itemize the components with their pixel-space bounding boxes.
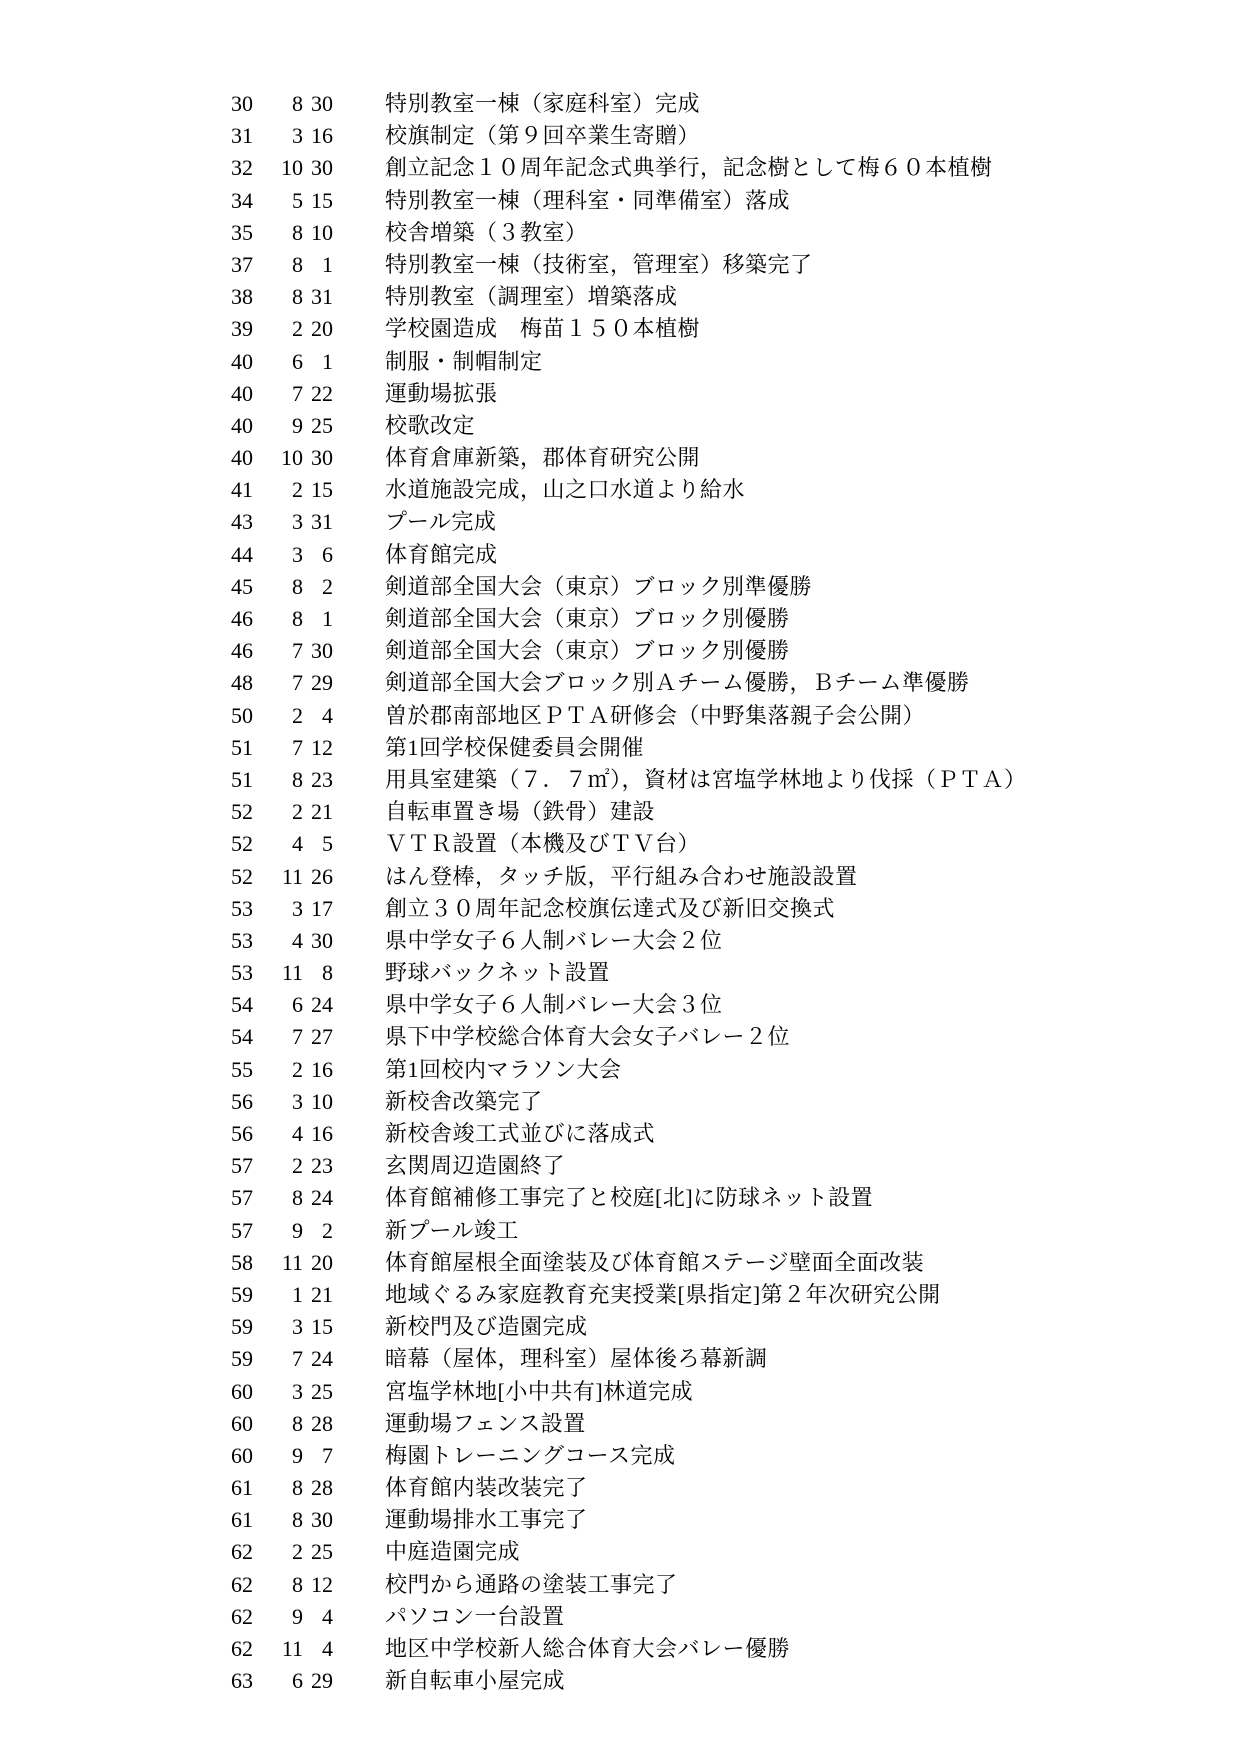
table-row: 52 2 21 自転車置き場（鉄骨）建設 <box>0 796 1240 828</box>
event-cell: 暗幕（屋体，理科室）屋体後ろ幕新調 <box>385 1343 768 1375</box>
year-cell: 40 <box>0 410 253 442</box>
event-cell: プール完成 <box>385 506 496 538</box>
table-row: 39 2 20 学校園造成 梅苗１５０本植樹 <box>0 313 1240 345</box>
event-cell: 特別教室一棟（理科室・同準備室）落成 <box>385 185 790 217</box>
event-cell: 体育倉庫新築，郡体育研究公開 <box>385 442 700 474</box>
event-cell: 創立３０周年記念校旗伝達式及び新旧交換式 <box>385 893 835 925</box>
day-cell: 30 <box>303 635 333 667</box>
month-cell: 3 <box>253 539 303 571</box>
table-row: 45 8 2 剣道部全国大会（東京）ブロック別準優勝 <box>0 571 1240 603</box>
day-cell: 2 <box>303 571 333 603</box>
month-cell: 2 <box>253 474 303 506</box>
year-cell: 32 <box>0 152 253 184</box>
day-cell: 29 <box>303 667 333 699</box>
month-cell: 11 <box>253 861 303 893</box>
month-cell: 3 <box>253 1376 303 1408</box>
table-row: 51 8 23 用具室建築（７．７㎡），資材は宮塩学林地より伐採（ＰＴＡ） <box>0 764 1240 796</box>
month-cell: 8 <box>253 1472 303 1504</box>
day-cell: 12 <box>303 1569 333 1601</box>
year-cell: 57 <box>0 1182 253 1214</box>
event-cell: 自転車置き場（鉄骨）建設 <box>385 796 655 828</box>
day-cell: 17 <box>303 893 333 925</box>
month-cell: 2 <box>253 1536 303 1568</box>
month-cell: 8 <box>253 281 303 313</box>
table-row: 59 1 21 地域ぐるみ家庭教育充実授業[県指定]第２年次研究公開 <box>0 1279 1240 1311</box>
day-cell: 10 <box>303 217 333 249</box>
table-row: 54 6 24 県中学女子６人制バレー大会３位 <box>0 989 1240 1021</box>
day-cell: 25 <box>303 1536 333 1568</box>
event-cell: 中庭造園完成 <box>385 1536 520 1568</box>
event-cell: 運動場排水工事完了 <box>385 1504 588 1536</box>
month-cell: 8 <box>253 1408 303 1440</box>
year-cell: 48 <box>0 667 253 699</box>
day-cell: 28 <box>303 1408 333 1440</box>
day-cell: 21 <box>303 1279 333 1311</box>
day-cell: 16 <box>303 1054 333 1086</box>
event-cell: 新校舎改築完了 <box>385 1086 543 1118</box>
table-row: 59 7 24 暗幕（屋体，理科室）屋体後ろ幕新調 <box>0 1343 1240 1375</box>
day-cell: 12 <box>303 732 333 764</box>
day-cell: 21 <box>303 796 333 828</box>
document-page: 30 8 30 特別教室一棟（家庭科室）完成 31 3 16 校旗制定（第９回卒… <box>0 0 1240 1754</box>
table-row: 52 4 5 ＶＴＲ設置（本機及びＴＶ台） <box>0 828 1240 860</box>
table-row: 62 8 12 校門から通路の塗装工事完了 <box>0 1569 1240 1601</box>
day-cell: 25 <box>303 410 333 442</box>
table-row: 51 7 12 第1回学校保健委員会開催 <box>0 732 1240 764</box>
month-cell: 10 <box>253 152 303 184</box>
table-row: 53 11 8 野球バックネット設置 <box>0 957 1240 989</box>
year-cell: 61 <box>0 1504 253 1536</box>
event-cell: 第1回校内マラソン大会 <box>385 1054 622 1086</box>
year-cell: 43 <box>0 506 253 538</box>
day-cell: 31 <box>303 506 333 538</box>
year-cell: 56 <box>0 1086 253 1118</box>
day-cell: 15 <box>303 185 333 217</box>
day-cell: 24 <box>303 989 333 1021</box>
day-cell: 1 <box>303 603 333 635</box>
year-cell: 61 <box>0 1472 253 1504</box>
event-cell: 特別教室一棟（技術室，管理室）移築完了 <box>385 249 813 281</box>
year-cell: 51 <box>0 732 253 764</box>
table-row: 57 9 2 新プール竣工 <box>0 1215 1240 1247</box>
month-cell: 3 <box>253 893 303 925</box>
year-cell: 62 <box>0 1633 253 1665</box>
table-row: 60 9 7 梅園トレーニングコース完成 <box>0 1440 1240 1472</box>
event-cell: 地区中学校新人総合体育大会バレー優勝 <box>385 1633 790 1665</box>
year-cell: 40 <box>0 378 253 410</box>
day-cell: 1 <box>303 346 333 378</box>
year-cell: 53 <box>0 893 253 925</box>
year-cell: 51 <box>0 764 253 796</box>
month-cell: 10 <box>253 442 303 474</box>
table-row: 43 3 31 プール完成 <box>0 506 1240 538</box>
table-row: 53 4 30 県中学女子６人制バレー大会２位 <box>0 925 1240 957</box>
month-cell: 11 <box>253 957 303 989</box>
table-row: 60 8 28 運動場フェンス設置 <box>0 1408 1240 1440</box>
table-row: 54 7 27 県下中学校総合体育大会女子バレー２位 <box>0 1021 1240 1053</box>
day-cell: 15 <box>303 1311 333 1343</box>
event-cell: 新プール竣工 <box>385 1215 519 1247</box>
month-cell: 4 <box>253 925 303 957</box>
month-cell: 1 <box>253 1279 303 1311</box>
year-cell: 50 <box>0 700 253 732</box>
month-cell: 8 <box>253 1182 303 1214</box>
event-cell: 校門から通路の塗装工事完了 <box>385 1569 678 1601</box>
event-cell: 剣道部全国大会（東京）ブロック別優勝 <box>385 635 790 667</box>
day-cell: 23 <box>303 1150 333 1182</box>
year-cell: 40 <box>0 442 253 474</box>
year-cell: 41 <box>0 474 253 506</box>
month-cell: 7 <box>253 378 303 410</box>
year-cell: 45 <box>0 571 253 603</box>
year-cell: 62 <box>0 1569 253 1601</box>
month-cell: 9 <box>253 1440 303 1472</box>
event-cell: 学校園造成 梅苗１５０本植樹 <box>385 313 700 345</box>
table-row: 62 2 25 中庭造園完成 <box>0 1536 1240 1568</box>
day-cell: 25 <box>303 1376 333 1408</box>
year-cell: 30 <box>0 88 253 120</box>
year-cell: 39 <box>0 313 253 345</box>
table-row: 56 4 16 新校舎竣工式並びに落成式 <box>0 1118 1240 1150</box>
day-cell: 30 <box>303 925 333 957</box>
day-cell: 20 <box>303 1247 333 1279</box>
month-cell: 7 <box>253 667 303 699</box>
event-cell: 地域ぐるみ家庭教育充実授業[県指定]第２年次研究公開 <box>385 1279 941 1311</box>
event-cell: ＶＴＲ設置（本機及びＴＶ台） <box>385 828 700 860</box>
event-cell: 曽於郡南部地区ＰＴＡ研修会（中野集落親子会公開） <box>385 700 925 732</box>
year-cell: 52 <box>0 861 253 893</box>
event-cell: パソコン一台設置 <box>385 1601 565 1633</box>
year-cell: 57 <box>0 1150 253 1182</box>
event-cell: 玄関周辺造園終了 <box>385 1150 565 1182</box>
table-row: 62 11 4 地区中学校新人総合体育大会バレー優勝 <box>0 1633 1240 1665</box>
event-cell: 水道施設完成，山之口水道より給水 <box>385 474 745 506</box>
event-cell: 運動場フェンス設置 <box>385 1408 586 1440</box>
year-cell: 62 <box>0 1536 253 1568</box>
event-cell: 新校門及び造園完成 <box>385 1311 588 1343</box>
month-cell: 8 <box>253 603 303 635</box>
day-cell: 15 <box>303 474 333 506</box>
month-cell: 8 <box>253 764 303 796</box>
table-row: 40 10 30 体育倉庫新築，郡体育研究公開 <box>0 442 1240 474</box>
day-cell: 30 <box>303 1504 333 1536</box>
table-row: 50 2 4 曽於郡南部地区ＰＴＡ研修会（中野集落親子会公開） <box>0 700 1240 732</box>
day-cell: 6 <box>303 539 333 571</box>
table-row: 57 2 23 玄関周辺造園終了 <box>0 1150 1240 1182</box>
year-cell: 46 <box>0 603 253 635</box>
event-cell: 剣道部全国大会（東京）ブロック別優勝 <box>385 603 790 635</box>
table-row: 38 8 31 特別教室（調理室）増築落成 <box>0 281 1240 313</box>
month-cell: 7 <box>253 732 303 764</box>
year-cell: 63 <box>0 1665 253 1697</box>
day-cell: 8 <box>303 957 333 989</box>
day-cell: 24 <box>303 1182 333 1214</box>
year-cell: 56 <box>0 1118 253 1150</box>
event-cell: 宮塩学林地[小中共有]林道完成 <box>385 1376 693 1408</box>
event-cell: 梅園トレーニングコース完成 <box>385 1440 676 1472</box>
event-cell: 体育館補修工事完了と校庭[北]に防球ネット設置 <box>385 1182 873 1214</box>
event-cell: 校舎増築（３教室） <box>385 217 588 249</box>
event-cell: 体育館完成 <box>385 539 498 571</box>
table-row: 44 3 6 体育館完成 <box>0 539 1240 571</box>
day-cell: 28 <box>303 1472 333 1504</box>
event-cell: 県中学女子６人制バレー大会３位 <box>385 989 723 1021</box>
day-cell: 2 <box>303 1215 333 1247</box>
year-cell: 55 <box>0 1054 253 1086</box>
month-cell: 9 <box>253 410 303 442</box>
day-cell: 4 <box>303 700 333 732</box>
event-cell: 剣道部全国大会ブロック別Ａチーム優勝，Ｂチーム準優勝 <box>385 667 970 699</box>
year-cell: 57 <box>0 1215 253 1247</box>
table-row: 34 5 15 特別教室一棟（理科室・同準備室）落成 <box>0 185 1240 217</box>
table-row: 59 3 15 新校門及び造園完成 <box>0 1311 1240 1343</box>
table-row: 55 2 16 第1回校内マラソン大会 <box>0 1054 1240 1086</box>
day-cell: 23 <box>303 764 333 796</box>
day-cell: 16 <box>303 120 333 152</box>
year-cell: 31 <box>0 120 253 152</box>
event-cell: 剣道部全国大会（東京）ブロック別準優勝 <box>385 571 812 603</box>
month-cell: 2 <box>253 700 303 732</box>
event-cell: 運動場拡張 <box>385 378 498 410</box>
table-row: 52 11 26 はん登棒，タッチ版，平行組み合わせ施設設置 <box>0 861 1240 893</box>
year-cell: 59 <box>0 1279 253 1311</box>
day-cell: 30 <box>303 152 333 184</box>
table-row: 61 8 30 運動場排水工事完了 <box>0 1504 1240 1536</box>
day-cell: 4 <box>303 1601 333 1633</box>
year-cell: 38 <box>0 281 253 313</box>
year-cell: 37 <box>0 249 253 281</box>
year-cell: 54 <box>0 1021 253 1053</box>
year-cell: 54 <box>0 989 253 1021</box>
month-cell: 3 <box>253 120 303 152</box>
year-cell: 46 <box>0 635 253 667</box>
table-row: 62 9 4 パソコン一台設置 <box>0 1601 1240 1633</box>
event-cell: 県下中学校総合体育大会女子バレー２位 <box>385 1021 790 1053</box>
event-list: 30 8 30 特別教室一棟（家庭科室）完成 31 3 16 校旗制定（第９回卒… <box>0 88 1240 1697</box>
table-row: 32 10 30 創立記念１０周年記念式典挙行，記念樹として梅６０本植樹 <box>0 152 1240 184</box>
month-cell: 7 <box>253 1021 303 1053</box>
month-cell: 4 <box>253 1118 303 1150</box>
month-cell: 11 <box>253 1247 303 1279</box>
table-row: 46 7 30 剣道部全国大会（東京）ブロック別優勝 <box>0 635 1240 667</box>
month-cell: 8 <box>253 1504 303 1536</box>
year-cell: 60 <box>0 1408 253 1440</box>
event-cell: 県中学女子６人制バレー大会２位 <box>385 925 723 957</box>
year-cell: 52 <box>0 828 253 860</box>
day-cell: 22 <box>303 378 333 410</box>
year-cell: 62 <box>0 1601 253 1633</box>
month-cell: 6 <box>253 989 303 1021</box>
day-cell: 31 <box>303 281 333 313</box>
event-cell: 特別教室一棟（家庭科室）完成 <box>385 88 700 120</box>
day-cell: 1 <box>303 249 333 281</box>
month-cell: 8 <box>253 1569 303 1601</box>
month-cell: 8 <box>253 571 303 603</box>
month-cell: 4 <box>253 828 303 860</box>
event-cell: 制服・制帽制定 <box>385 346 543 378</box>
table-row: 57 8 24 体育館補修工事完了と校庭[北]に防球ネット設置 <box>0 1182 1240 1214</box>
day-cell: 27 <box>303 1021 333 1053</box>
year-cell: 40 <box>0 346 253 378</box>
table-row: 58 11 20 体育館屋根全面塗装及び体育館ステージ壁面全面改装 <box>0 1247 1240 1279</box>
event-cell: 新校舎竣工式並びに落成式 <box>385 1118 655 1150</box>
event-cell: はん登棒，タッチ版，平行組み合わせ施設設置 <box>385 861 858 893</box>
day-cell: 7 <box>303 1440 333 1472</box>
month-cell: 6 <box>253 346 303 378</box>
day-cell: 26 <box>303 861 333 893</box>
month-cell: 9 <box>253 1601 303 1633</box>
year-cell: 53 <box>0 957 253 989</box>
day-cell: 30 <box>303 442 333 474</box>
event-cell: 校歌改定 <box>385 410 475 442</box>
month-cell: 8 <box>253 249 303 281</box>
table-row: 31 3 16 校旗制定（第９回卒業生寄贈） <box>0 120 1240 152</box>
month-cell: 2 <box>253 1150 303 1182</box>
month-cell: 8 <box>253 88 303 120</box>
table-row: 63 6 29 新自転車小屋完成 <box>0 1665 1240 1697</box>
year-cell: 44 <box>0 539 253 571</box>
year-cell: 58 <box>0 1247 253 1279</box>
day-cell: 5 <box>303 828 333 860</box>
day-cell: 16 <box>303 1118 333 1150</box>
month-cell: 11 <box>253 1633 303 1665</box>
day-cell: 10 <box>303 1086 333 1118</box>
day-cell: 4 <box>303 1633 333 1665</box>
day-cell: 30 <box>303 88 333 120</box>
table-row: 56 3 10 新校舎改築完了 <box>0 1086 1240 1118</box>
day-cell: 20 <box>303 313 333 345</box>
year-cell: 35 <box>0 217 253 249</box>
year-cell: 52 <box>0 796 253 828</box>
table-row: 53 3 17 創立３０周年記念校旗伝達式及び新旧交換式 <box>0 893 1240 925</box>
table-row: 61 8 28 体育館内装改装完了 <box>0 1472 1240 1504</box>
event-cell: 体育館屋根全面塗装及び体育館ステージ壁面全面改装 <box>385 1247 924 1279</box>
table-row: 35 8 10 校舎増築（３教室） <box>0 217 1240 249</box>
table-row: 37 8 1 特別教室一棟（技術室，管理室）移築完了 <box>0 249 1240 281</box>
event-cell: 新自転車小屋完成 <box>385 1665 565 1697</box>
table-row: 30 8 30 特別教室一棟（家庭科室）完成 <box>0 88 1240 120</box>
table-row: 60 3 25 宮塩学林地[小中共有]林道完成 <box>0 1376 1240 1408</box>
table-row: 40 9 25 校歌改定 <box>0 410 1240 442</box>
month-cell: 5 <box>253 185 303 217</box>
table-row: 40 6 1 制服・制帽制定 <box>0 346 1240 378</box>
month-cell: 7 <box>253 1343 303 1375</box>
event-cell: 第1回学校保健委員会開催 <box>385 732 644 764</box>
month-cell: 3 <box>253 1086 303 1118</box>
month-cell: 3 <box>253 506 303 538</box>
month-cell: 3 <box>253 1311 303 1343</box>
year-cell: 59 <box>0 1311 253 1343</box>
year-cell: 60 <box>0 1440 253 1472</box>
table-row: 40 7 22 運動場拡張 <box>0 378 1240 410</box>
event-cell: 用具室建築（７．７㎡），資材は宮塩学林地より伐採（ＰＴＡ） <box>385 764 1027 796</box>
month-cell: 2 <box>253 1054 303 1086</box>
year-cell: 59 <box>0 1343 253 1375</box>
day-cell: 29 <box>303 1665 333 1697</box>
year-cell: 34 <box>0 185 253 217</box>
year-cell: 53 <box>0 925 253 957</box>
month-cell: 6 <box>253 1665 303 1697</box>
day-cell: 24 <box>303 1343 333 1375</box>
event-cell: 特別教室（調理室）増築落成 <box>385 281 678 313</box>
table-row: 48 7 29 剣道部全国大会ブロック別Ａチーム優勝，Ｂチーム準優勝 <box>0 667 1240 699</box>
event-cell: 野球バックネット設置 <box>385 957 610 989</box>
month-cell: 9 <box>253 1215 303 1247</box>
month-cell: 8 <box>253 217 303 249</box>
table-row: 41 2 15 水道施設完成，山之口水道より給水 <box>0 474 1240 506</box>
table-row: 46 8 1 剣道部全国大会（東京）ブロック別優勝 <box>0 603 1240 635</box>
event-cell: 体育館内装改装完了 <box>385 1472 588 1504</box>
event-cell: 創立記念１０周年記念式典挙行，記念樹として梅６０本植樹 <box>385 152 993 184</box>
year-cell: 60 <box>0 1376 253 1408</box>
month-cell: 7 <box>253 635 303 667</box>
event-cell: 校旗制定（第９回卒業生寄贈） <box>385 120 700 152</box>
month-cell: 2 <box>253 313 303 345</box>
month-cell: 2 <box>253 796 303 828</box>
